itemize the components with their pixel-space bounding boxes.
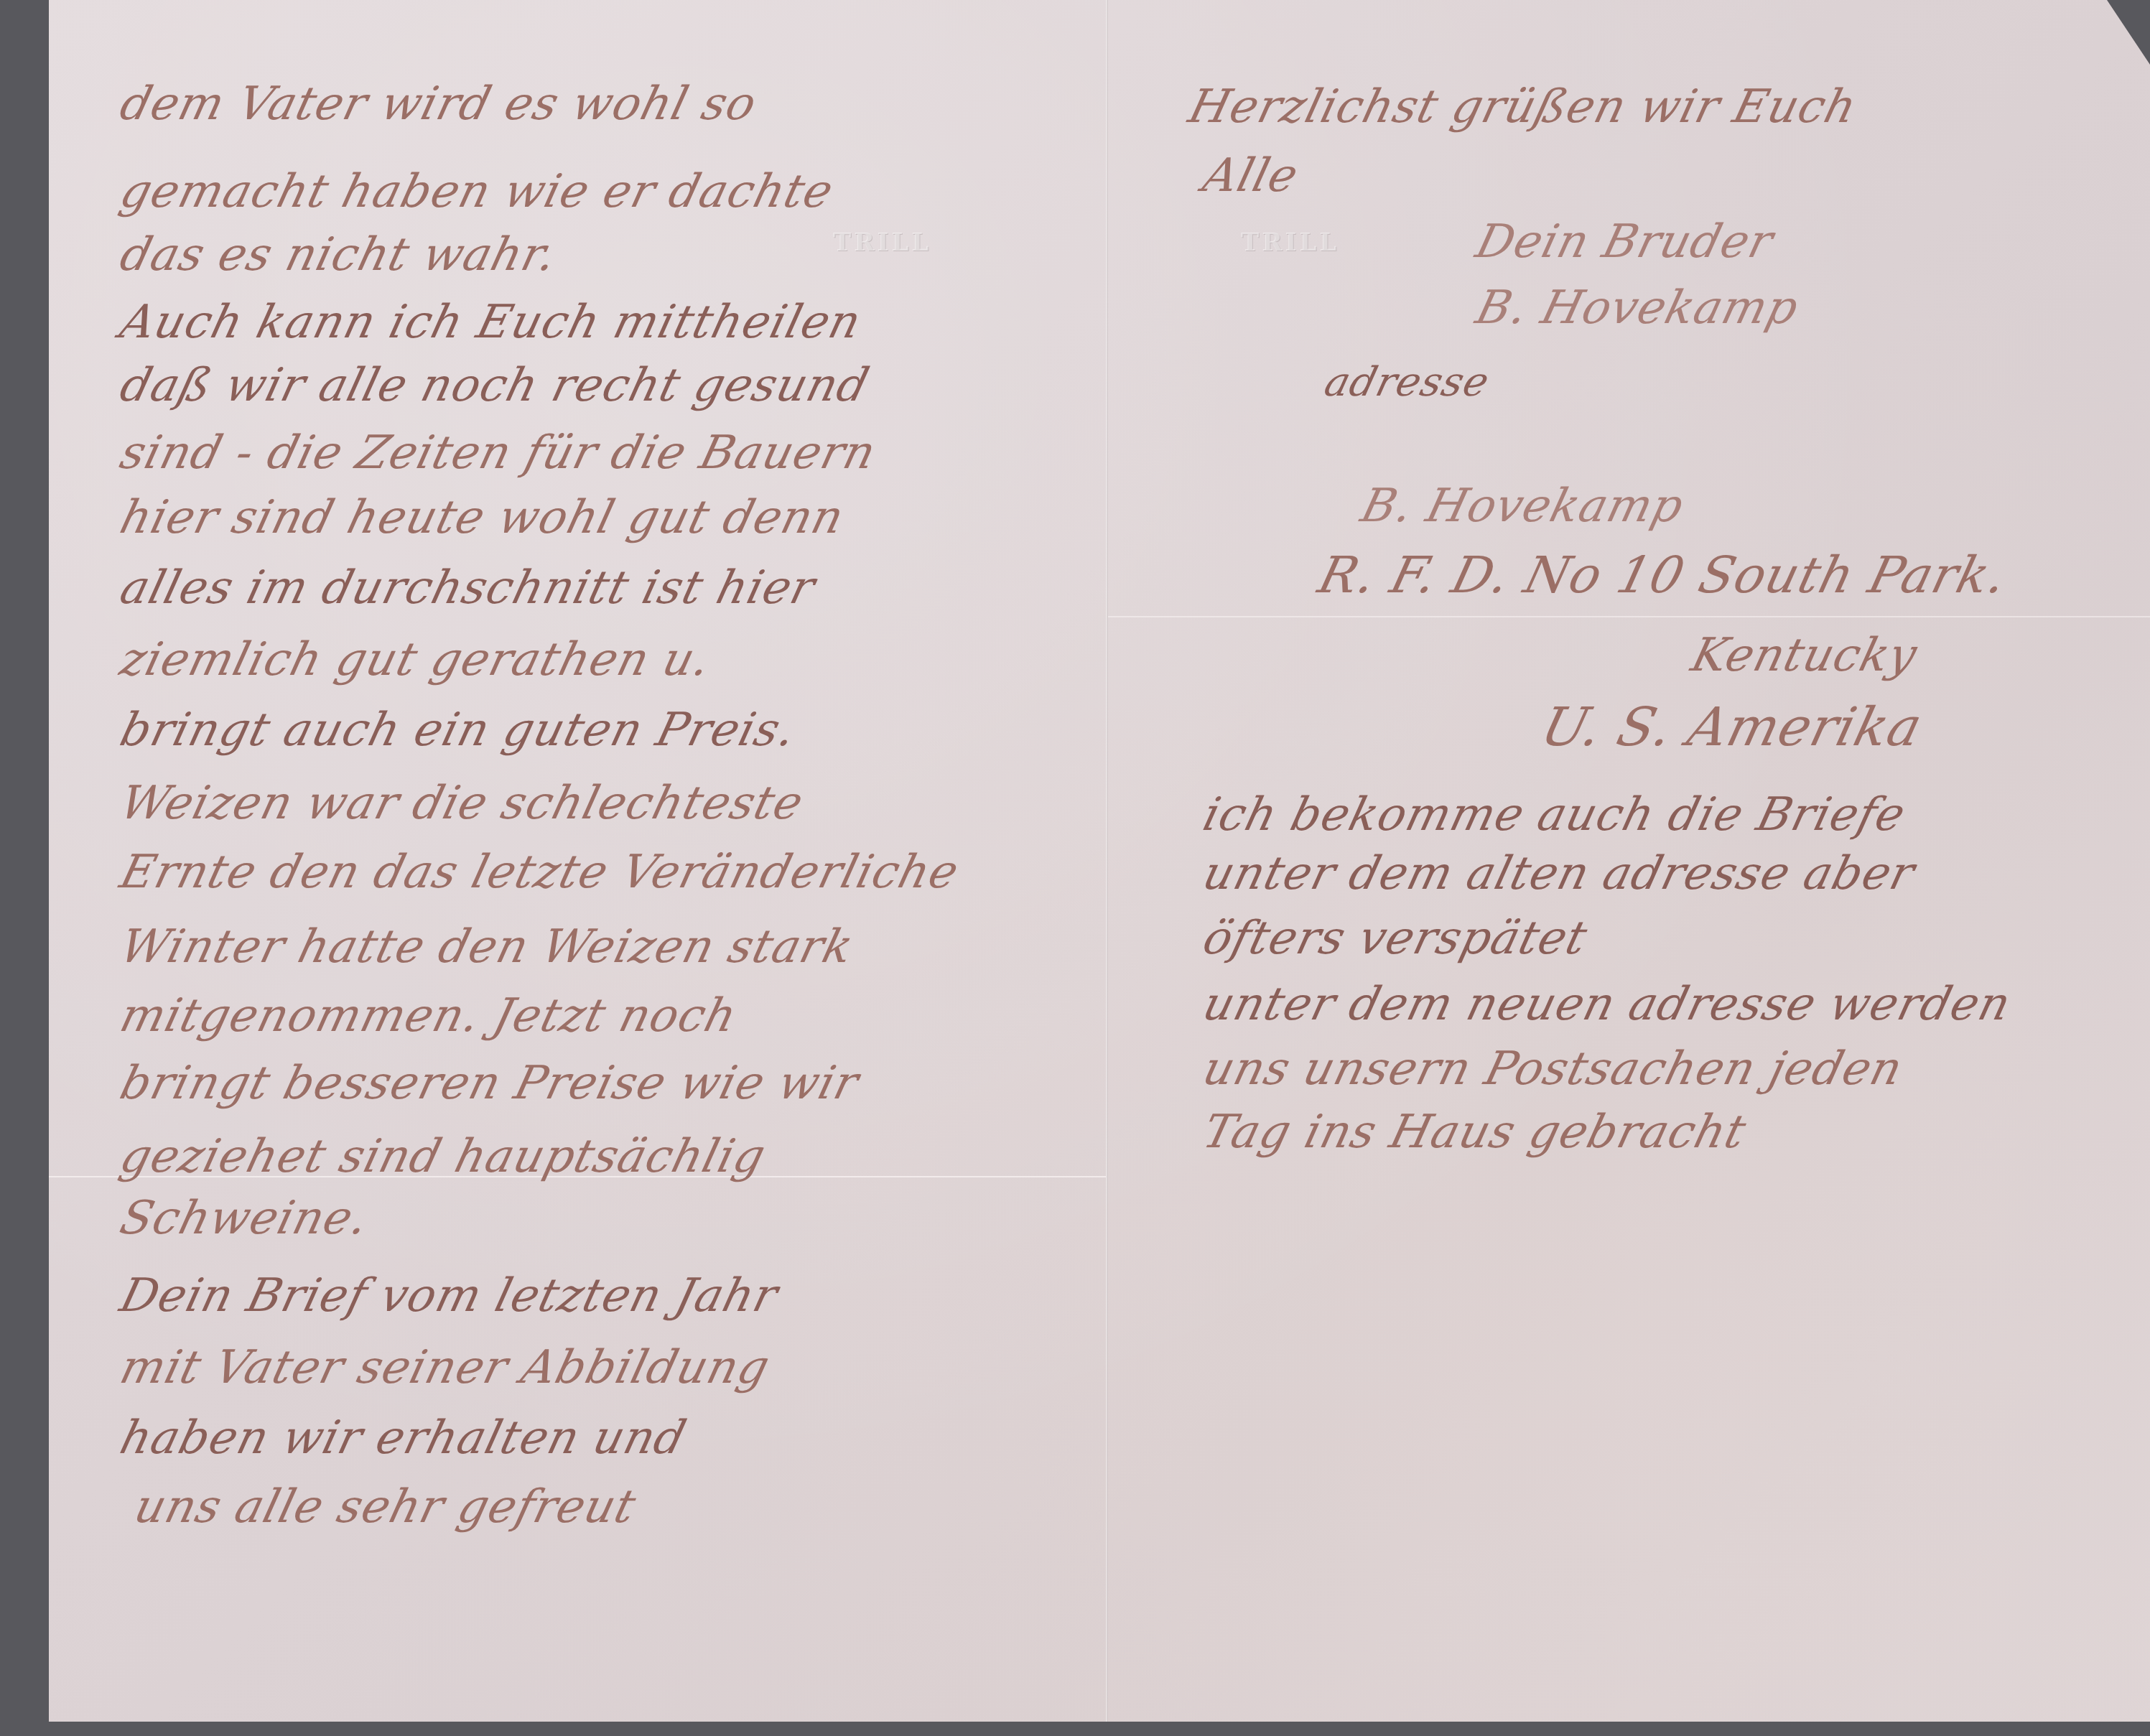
letter-line: alles im durchschnitt ist hier — [115, 561, 821, 615]
letter-line: das es nicht wahr. — [115, 228, 562, 281]
letter-line: uns alle sehr gefreut — [129, 1480, 641, 1534]
signature-name: B. Hovekamp — [1471, 281, 1804, 335]
address-line: R. F. D. No 10 South Park. — [1313, 546, 2013, 605]
horizontal-fold-right — [1108, 616, 2150, 617]
signature-label: Dein Bruder — [1471, 215, 1779, 269]
letter-line: daß wir alle noch recht gesund — [115, 359, 875, 412]
closing-line: Alle — [1198, 149, 1303, 202]
letter-line: bringt auch ein guten Preis. — [115, 704, 801, 757]
address-line: B. Hovekamp — [1356, 480, 1689, 533]
letter-line: mit Vater seiner Abbildung — [115, 1341, 775, 1394]
postscript-line: unter dem neuen adresse werden — [1198, 978, 2016, 1031]
postscript-line: öfters verspätet — [1198, 912, 1593, 965]
letter-line: gemacht haben wie er dachte — [115, 165, 839, 218]
embossed-mark-right: TRILL — [1241, 228, 1339, 257]
letter-line: geziehet sind hauptsächlig — [115, 1130, 771, 1183]
address-line: U. S. Amerika — [1535, 696, 1929, 758]
closing-line: Herzlichst grüßen wir Euch — [1183, 80, 1863, 134]
letter-line: Ernte den das letzte Veränderliche — [115, 846, 964, 899]
postscript-line: unter dem alten adresse aber — [1198, 847, 1920, 900]
letter-line: Winter hatte den Weizen stark — [115, 920, 859, 974]
letter-line: Dein Brief vom letzten Jahr — [115, 1269, 783, 1322]
letter-line: dem Vater wird es wohl so — [115, 78, 762, 131]
letter-paper: TRILL TRILL dem Vater wird es wohl so ge… — [49, 0, 2150, 1722]
postscript-line: uns unsern Postsachen jeden — [1198, 1042, 1908, 1096]
letter-line: sind - die Zeiten für die Bauern — [115, 426, 881, 480]
letter-line: ziemlich gut gerathen u. — [115, 633, 716, 686]
address-line: Kentucky — [1686, 629, 1922, 682]
postscript-line: ich bekomme auch die Briefe — [1198, 788, 1911, 841]
letter-line: hier sind heute wohl gut denn — [115, 491, 850, 544]
vertical-fold — [1106, 0, 1108, 1722]
letter-line: Weizen war die schlechteste — [115, 777, 809, 830]
embossed-mark-left: TRILL — [833, 228, 931, 257]
letter-line: mitgenommen. Jetzt noch — [115, 989, 743, 1042]
letter-line: Schweine. — [115, 1192, 374, 1245]
address-label: adresse — [1320, 359, 1494, 406]
postscript-line: Tag ins Haus gebracht — [1198, 1106, 1751, 1159]
scan-corner — [2107, 0, 2150, 65]
letter-line: haben wir erhalten und — [115, 1411, 692, 1465]
letter-line: bringt besseren Preise wie wir — [115, 1057, 865, 1110]
letter-line: Auch kann ich Euch mittheilen — [115, 296, 867, 349]
